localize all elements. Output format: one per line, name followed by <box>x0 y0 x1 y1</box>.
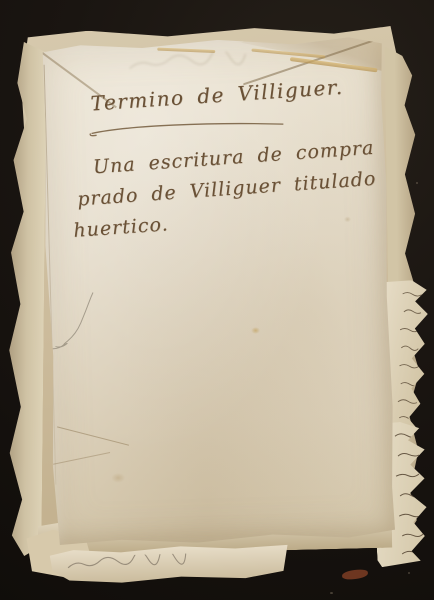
dust-speck <box>408 572 410 574</box>
manuscript-cover-page: Termino de Villiguer. Una escritura de c… <box>39 35 397 546</box>
paper-stain <box>251 327 260 334</box>
illegible-edge-writing <box>391 284 427 425</box>
manuscript-body: Una escritura de compra del prado de Vil… <box>68 132 394 247</box>
manuscript-title: Termino de Villiguer. <box>90 73 371 116</box>
paper-stain <box>111 473 125 483</box>
dust-speck <box>330 592 333 594</box>
crease-line-bottom-left <box>57 426 129 445</box>
dust-speck <box>416 182 418 184</box>
photo-background: Termino de Villiguer. Una escritura de c… <box>0 0 434 600</box>
title-underline-flourish <box>87 118 287 138</box>
ink-bleedthrough <box>125 51 256 75</box>
illegible-edge-writing <box>388 425 429 563</box>
red-paper-fragment <box>342 569 369 581</box>
illegible-bottom-scribble <box>64 553 194 573</box>
illegible-margin-scribble <box>46 287 98 354</box>
crease-line-bottom-left <box>53 452 110 465</box>
